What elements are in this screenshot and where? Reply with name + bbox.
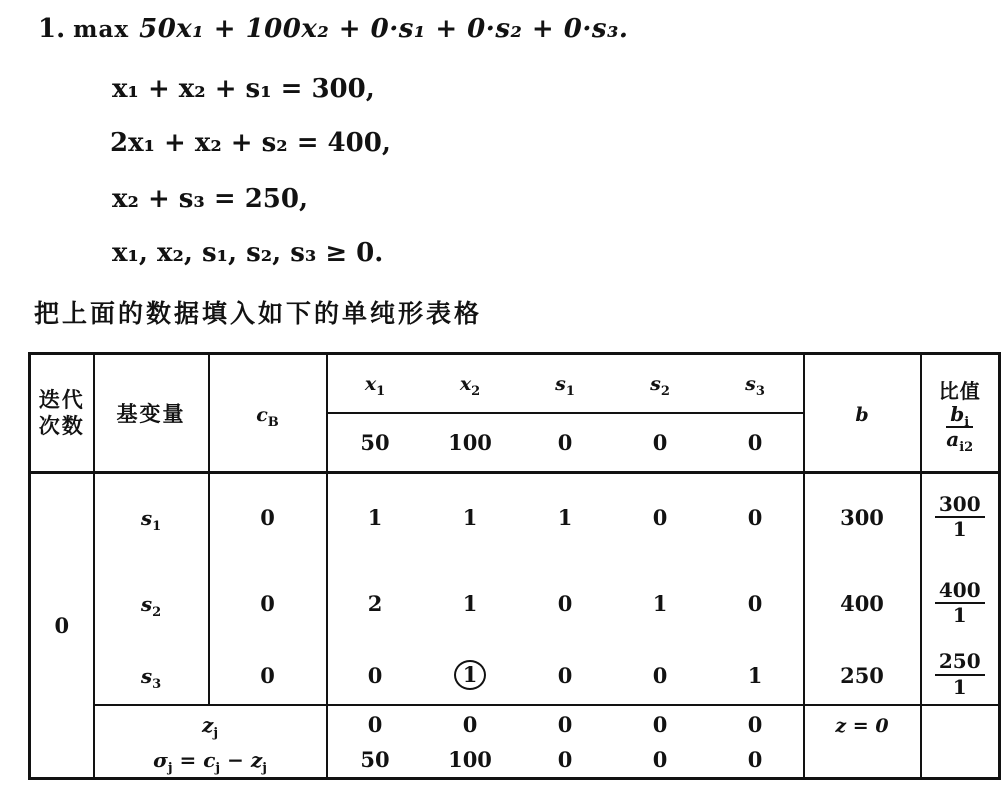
- cb-header: cB: [209, 354, 327, 473]
- sigma-label: σj = cj − zj: [94, 743, 327, 779]
- sigma-cell: 100: [423, 747, 518, 772]
- zj-cell: 0: [518, 712, 613, 737]
- tableau-row-s3: s3 0 0 1 0 0 1 250 2501: [30, 647, 1000, 705]
- sigma-cell: 0: [708, 747, 803, 772]
- cb-cell-s1: 0: [209, 473, 327, 561]
- coeff-x1: 50: [328, 430, 423, 455]
- item-number: 1.: [38, 14, 65, 44]
- ratio-cell-s1: 3001: [921, 473, 1000, 561]
- matrix-cell: 1: [613, 591, 708, 616]
- zj-cell: 0: [423, 712, 518, 737]
- zj-cell: 0: [613, 712, 708, 737]
- coefficient-columns-header: x1 x2 s1 s2 s3 50 100 0 0 0: [327, 354, 804, 473]
- max-operator: max: [73, 16, 129, 43]
- ratio-title: 比值: [922, 375, 999, 404]
- iteration-count-header: 迭代 次数: [30, 354, 94, 473]
- coeff-s3: 0: [708, 430, 803, 455]
- coeff-s2: 0: [613, 430, 708, 455]
- matrix-row-s3: 0 1 0 0 1: [327, 647, 804, 705]
- table-caption: 把上面的数据填入如下的单纯形表格: [34, 294, 482, 330]
- var-header-s3: s3: [708, 373, 803, 395]
- sigma-cell: 0: [518, 747, 613, 772]
- coeff-x2: 100: [423, 430, 518, 455]
- var-header-x1: x1: [328, 373, 423, 395]
- constraint-3: x₂ + s₃ = 250,: [112, 184, 308, 214]
- empty-cell: [921, 743, 1000, 779]
- ratio-cell-s3: 2501: [921, 647, 1000, 705]
- cb-cell-s3: 0: [209, 647, 327, 705]
- ratio-denominator: ai2: [946, 428, 973, 450]
- matrix-cell: 1: [708, 663, 803, 688]
- sigma-values: 50 100 0 0 0: [327, 743, 804, 779]
- basis-cell-s3: s3: [94, 647, 209, 705]
- ratio-column-header: 比值 bi ai2: [921, 354, 1000, 473]
- empty-cell: [921, 705, 1000, 743]
- empty-cell: [804, 743, 921, 779]
- sigma-row: σj = cj − zj 50 100 0 0 0: [30, 743, 1000, 779]
- objective-line: 1.max50x₁ + 100x₂ + 0·s₁ + 0·s₂ + 0·s₃.: [38, 14, 628, 44]
- variable-name-row: x1 x2 s1 s2 s3: [328, 355, 803, 414]
- objective-expression: 50x₁ + 100x₂ + 0·s₁ + 0·s₂ + 0·s₃.: [139, 14, 628, 44]
- pivot-element-circled: 1: [423, 660, 518, 690]
- var-header-s2: s2: [613, 373, 708, 395]
- matrix-cell: 0: [328, 663, 423, 688]
- ratio-numerator: bi: [946, 404, 973, 428]
- zj-label: zj: [94, 705, 327, 743]
- zj-cell: 0: [328, 712, 423, 737]
- matrix-cell: 0: [518, 663, 613, 688]
- ratio-cell-s2: 4001: [921, 561, 1000, 647]
- matrix-cell: 0: [708, 505, 803, 530]
- zj-cell: 0: [708, 712, 803, 737]
- matrix-row-s1: 1 1 1 0 0: [327, 473, 804, 561]
- matrix-cell: 2: [328, 591, 423, 616]
- b-column-header: b: [804, 354, 921, 473]
- matrix-row-s2: 2 1 0 1 0: [327, 561, 804, 647]
- matrix-cell: 1: [423, 591, 518, 616]
- matrix-cell: 1: [518, 505, 613, 530]
- basic-variable-header: 基变量: [94, 354, 209, 473]
- matrix-cell: 0: [518, 591, 613, 616]
- var-header-s1: s1: [518, 373, 613, 395]
- objective-coefficient-row: 50 100 0 0 0: [328, 414, 803, 471]
- cb-subscript: B: [268, 415, 279, 430]
- simplex-tableau: 迭代 次数 基变量 cB x1 x2 s1 s2 s3 50: [28, 352, 1001, 780]
- b-cell-s2: 400: [804, 561, 921, 647]
- iteration-header-line2: 次数: [31, 413, 93, 439]
- nonnegativity-constraint: x₁, x₂, s₁, s₂, s₃ ≥ 0.: [112, 238, 383, 268]
- cb-cell-s2: 0: [209, 561, 327, 647]
- matrix-cell: 0: [613, 663, 708, 688]
- tableau-row-s2: s2 0 2 1 0 1 0 400 4001: [30, 561, 1000, 647]
- ratio-formula-fraction: bi ai2: [946, 404, 973, 450]
- tableau-row-s1: 0 s1 0 1 1 1 0 0 300 3001: [30, 473, 1000, 561]
- header-row: 迭代 次数 基变量 cB x1 x2 s1 s2 s3 50: [30, 354, 1000, 473]
- zj-values: 0 0 0 0 0: [327, 705, 804, 743]
- matrix-cell: 1: [423, 505, 518, 530]
- z-value-cell: z = 0: [804, 705, 921, 743]
- basis-cell-s1: s1: [94, 473, 209, 561]
- constraint-2: 2x₁ + x₂ + s₂ = 400,: [110, 128, 391, 158]
- matrix-cell: 0: [613, 505, 708, 530]
- var-header-x2: x2: [423, 373, 518, 395]
- matrix-cell: 0: [708, 591, 803, 616]
- coeff-s1: 0: [518, 430, 613, 455]
- sigma-cell: 0: [613, 747, 708, 772]
- iteration-header-line1: 迭代: [31, 387, 93, 413]
- iteration-number-cell: 0: [30, 473, 94, 779]
- b-cell-s1: 300: [804, 473, 921, 561]
- sigma-cell: 50: [328, 747, 423, 772]
- scanned-textbook-page: 1.max50x₁ + 100x₂ + 0·s₁ + 0·s₂ + 0·s₃. …: [0, 0, 1002, 788]
- b-cell-s3: 250: [804, 647, 921, 705]
- constraint-1: x₁ + x₂ + s₁ = 300,: [112, 74, 375, 104]
- cb-symbol: c: [256, 404, 268, 426]
- zj-row: zj 0 0 0 0 0 z = 0: [30, 705, 1000, 743]
- matrix-cell: 1: [328, 505, 423, 530]
- basis-cell-s2: s2: [94, 561, 209, 647]
